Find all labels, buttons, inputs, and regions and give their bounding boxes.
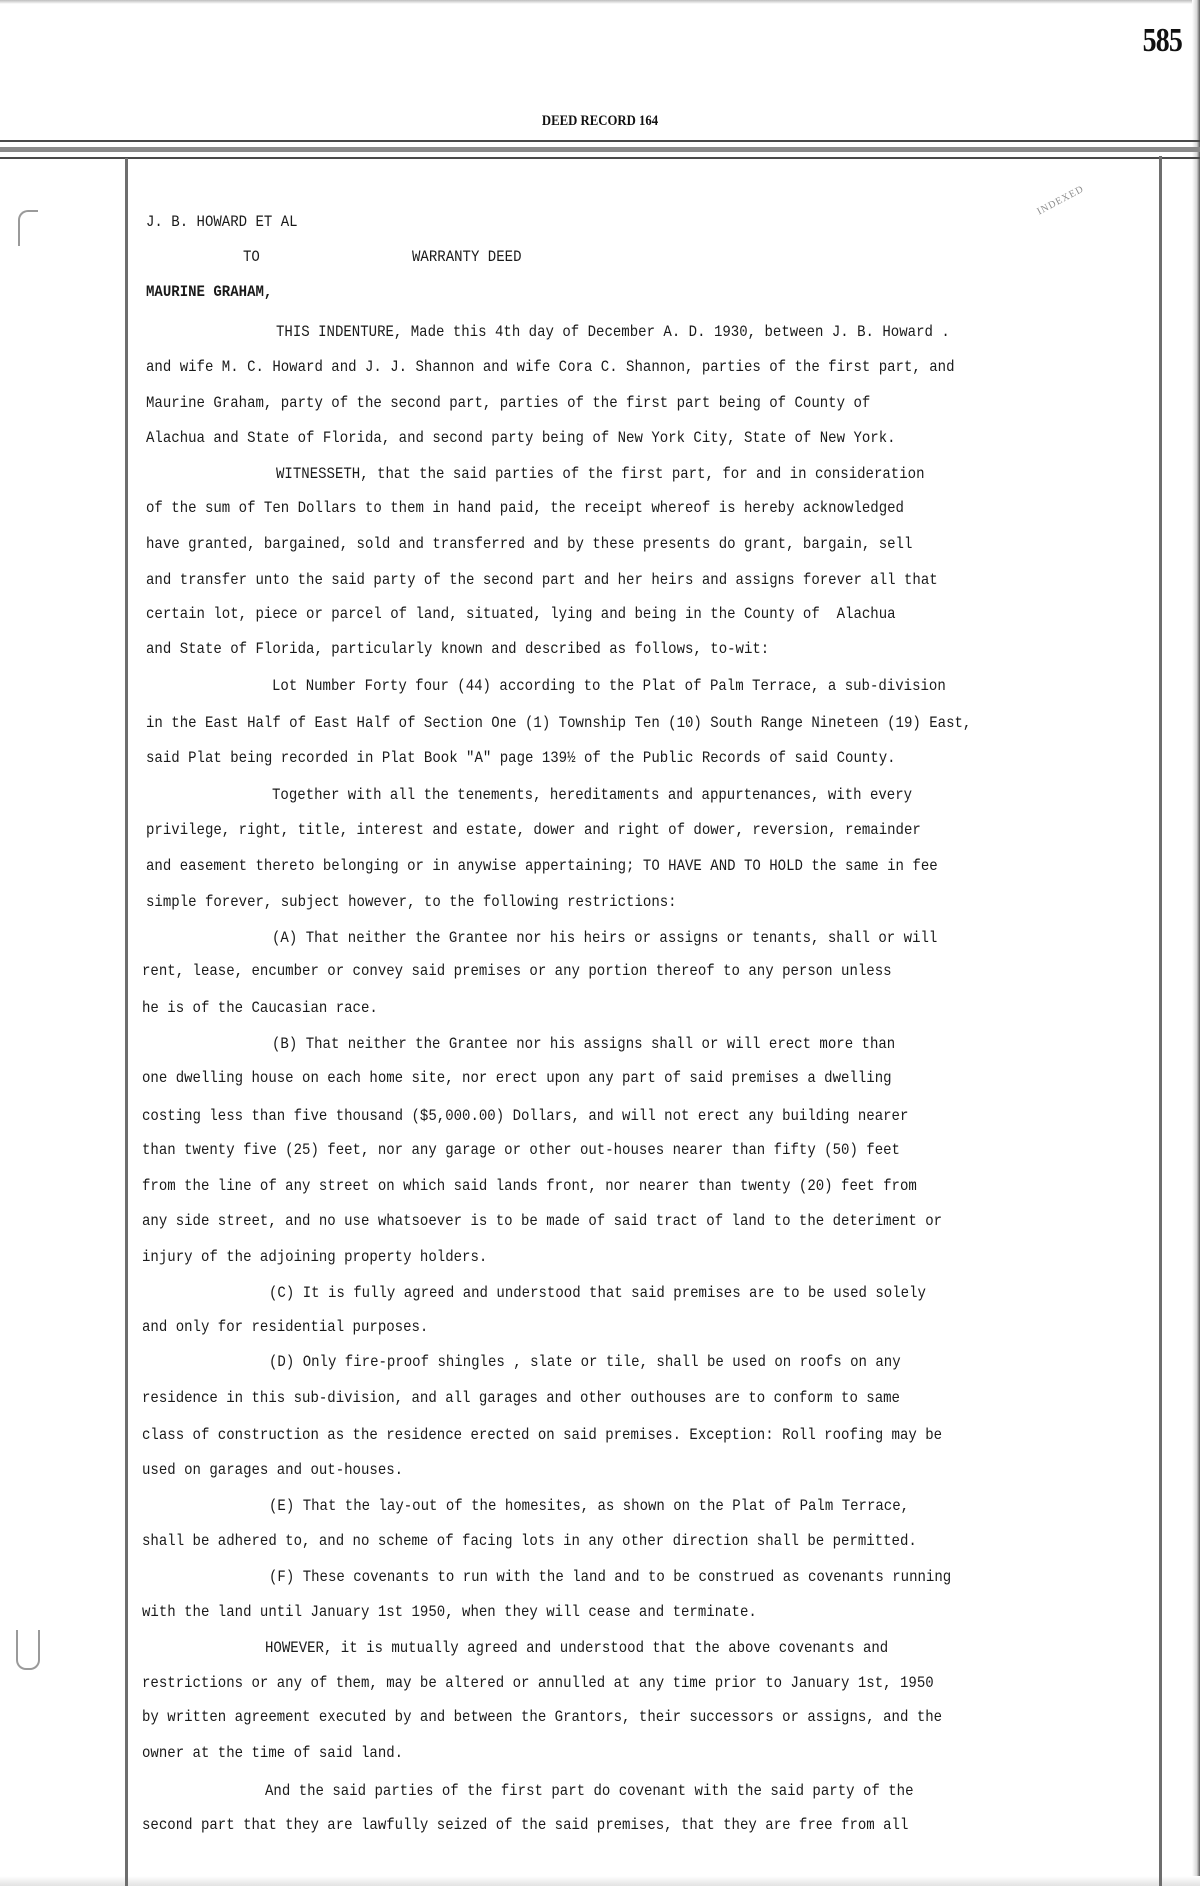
deed-text-line: class of construction as the residence e… bbox=[142, 1426, 942, 1444]
deed-text-line: injury of the adjoining property holders… bbox=[142, 1248, 487, 1266]
deed-content: J. B. HOWARD ET AL TO WARRANTY DEED MAUR… bbox=[0, 0, 1200, 1886]
deed-text-line: and transfer unto the said party of the … bbox=[146, 571, 938, 589]
deed-text-line: Maurine Graham, party of the second part… bbox=[146, 394, 870, 412]
deed-text-line: (E) That the lay-out of the homesites, a… bbox=[269, 1497, 909, 1515]
deed-text-line: restrictions or any of them, may be alte… bbox=[142, 1674, 934, 1692]
deed-text-line: Alachua and State of Florida, and second… bbox=[146, 429, 896, 447]
grantor-name: J. B. HOWARD ET AL bbox=[146, 213, 298, 231]
deed-text-line: Lot Number Forty four (44) according to … bbox=[272, 677, 946, 695]
deed-text-line: he is of the Caucasian race. bbox=[142, 999, 378, 1017]
deed-text-line: HOWEVER, it is mutually agreed and under… bbox=[265, 1639, 888, 1657]
deed-text-line: residence in this sub-division, and all … bbox=[142, 1389, 900, 1407]
deed-text-line: shall be adhered to, and no scheme of fa… bbox=[142, 1532, 917, 1550]
instrument-type: WARRANTY DEED bbox=[412, 248, 521, 266]
deed-text-line: second part that they are lawfully seize… bbox=[142, 1816, 908, 1834]
deed-text-line: simple forever, subject however, to the … bbox=[146, 893, 677, 911]
deed-text-line: certain lot, piece or parcel of land, si… bbox=[146, 605, 896, 623]
deed-text-line: Together with all the tenements, heredit… bbox=[272, 786, 912, 804]
deed-text-line: And the said parties of the first part d… bbox=[265, 1782, 914, 1800]
grantee-name: MAURINE GRAHAM, bbox=[146, 283, 272, 301]
deed-text-line: and State of Florida, particularly known… bbox=[146, 640, 769, 658]
deed-text-line: (D) Only fire-proof shingles , slate or … bbox=[269, 1353, 901, 1371]
deed-text-line: one dwelling house on each home site, no… bbox=[142, 1069, 892, 1087]
deed-text-line: WITNESSETH, that the said parties of the… bbox=[276, 465, 925, 483]
deed-text-line: privilege, right, title, interest and es… bbox=[146, 821, 921, 839]
deed-text-line: used on garages and out-houses. bbox=[142, 1461, 403, 1479]
deed-text-line: from the line of any street on which sai… bbox=[142, 1177, 917, 1195]
deed-text-line: of the sum of Ten Dollars to them in han… bbox=[146, 499, 904, 517]
deed-text-line: and easement thereto belonging or in any… bbox=[146, 857, 938, 875]
deed-text-line: (F) These covenants to run with the land… bbox=[269, 1568, 951, 1586]
caption-to: TO bbox=[243, 248, 260, 266]
deed-text-line: said Plat being recorded in Plat Book "A… bbox=[146, 749, 896, 767]
deed-text-line: (B) That neither the Grantee nor his ass… bbox=[272, 1035, 895, 1053]
deed-text-line: (A) That neither the Grantee nor his hei… bbox=[272, 929, 937, 947]
deed-text-line: with the land until January 1st 1950, wh… bbox=[142, 1603, 757, 1621]
deed-text-line: have granted, bargained, sold and transf… bbox=[146, 535, 912, 553]
deed-text-line: owner at the time of said land. bbox=[142, 1744, 403, 1762]
deed-text-line: and wife M. C. Howard and J. J. Shannon … bbox=[146, 358, 955, 376]
deed-text-line: in the East Half of East Half of Section… bbox=[146, 714, 971, 732]
deed-text-line: than twenty five (25) feet, nor any gara… bbox=[142, 1141, 900, 1159]
deed-text-line: costing less than five thousand ($5,000.… bbox=[142, 1107, 908, 1125]
deed-text-line: and only for residential purposes. bbox=[142, 1318, 428, 1336]
deed-text-line: rent, lease, encumber or convey said pre… bbox=[142, 962, 892, 980]
deed-text-line: any side street, and no use whatsoever i… bbox=[142, 1212, 942, 1230]
deed-text-line: THIS INDENTURE, Made this 4th day of Dec… bbox=[276, 323, 950, 341]
deed-text-line: by written agreement executed by and bet… bbox=[142, 1708, 942, 1726]
deed-text-line: (C) It is fully agreed and understood th… bbox=[269, 1284, 926, 1302]
